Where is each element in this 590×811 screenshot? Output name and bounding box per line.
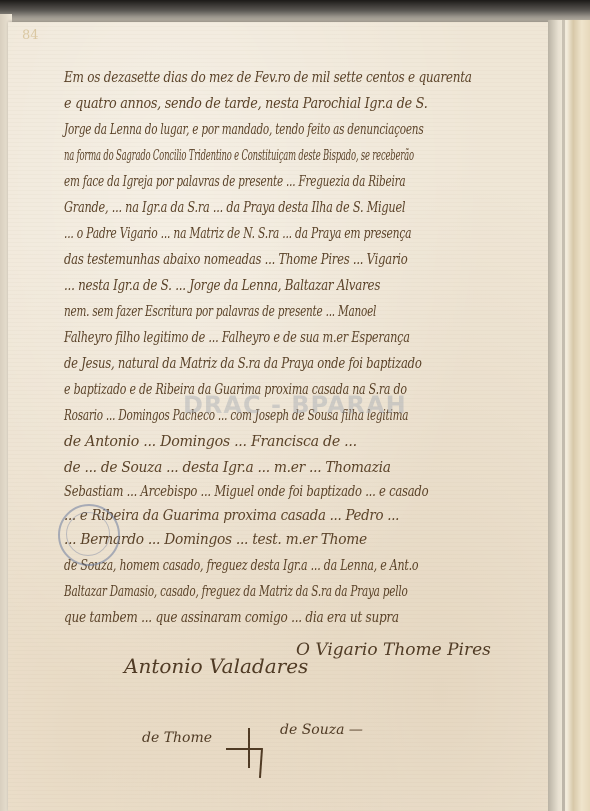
text-line: ... nesta Igr.a de S. ... Jorge da Lenna…	[64, 278, 380, 294]
text-line: de Souza, homem casado, freguez desta Ig…	[64, 558, 418, 574]
text-line: Em os dezasette dias do mez de Fev.ro de…	[64, 70, 472, 86]
text-line: Falheyro filho legitimo de ... Falheyro …	[64, 330, 410, 346]
watermark: DRAC - BPARAH	[183, 391, 407, 419]
text-line: que tambem ... que assinaram comigo ... …	[64, 610, 399, 626]
text-line: e quatro annos, sendo de tarde, nesta Pa…	[64, 96, 427, 112]
witness-name-prefix: de Thome	[142, 730, 212, 746]
priest-signature: O Vigario Thome Pires	[296, 640, 491, 660]
text-line: Sebastiam ... Arcebispo ... Miguel onde …	[64, 484, 428, 500]
text-line: ... Bernardo ... Domingos ... test. m.er…	[64, 532, 367, 548]
manuscript-page: 84 Em os dezasette dias do mez de Fev.ro…	[8, 22, 548, 811]
witness-mark-signature: de Thome	[142, 730, 212, 746]
text-line: das testemunhas abaixo nomeadas ... Thom…	[64, 252, 407, 268]
text-line: e baptizado e de Ribeira da Guarima prox…	[64, 382, 407, 398]
text-line: Jorge da Lenna do lugar, e por mandado, …	[64, 122, 423, 138]
cross-mark-icon	[226, 728, 276, 778]
scanner-edge	[0, 0, 590, 24]
text-line: de Jesus, natural da Matriz da S.ra da P…	[64, 356, 422, 372]
text-line: na forma do Sagrado Concilio Tridentino …	[64, 148, 414, 164]
book-binding-edge	[548, 20, 590, 811]
text-line: ... e Ribeira da Guarima proxima casada …	[64, 508, 399, 524]
text-line: Rosario ... Domingos Pacheco ... com Jos…	[64, 408, 408, 424]
text-line: Baltazar Damasio, casado, freguez da Mat…	[64, 584, 408, 600]
witness-signature: Antonio Valadares	[124, 654, 308, 678]
text-line: ... o Padre Vigario ... na Matriz de N. …	[64, 226, 411, 242]
text-line: em face da Igreja por palavras de presen…	[64, 174, 405, 190]
witness-name-suffix: de Souza —	[280, 722, 363, 738]
text-line: de Antonio ... Domingos ... Francisca de…	[64, 434, 357, 450]
text-line: de ... de Souza ... desta Igr.a ... m.er…	[64, 460, 391, 476]
binding-crease	[562, 20, 565, 811]
folio-number: 84	[22, 28, 39, 43]
archive-stamp	[58, 504, 120, 566]
text-line: Grande, ... na Igr.a da S.ra ... da Pray…	[64, 200, 405, 216]
text-line: nem. sem fazer Escritura por palavras de…	[64, 304, 376, 320]
